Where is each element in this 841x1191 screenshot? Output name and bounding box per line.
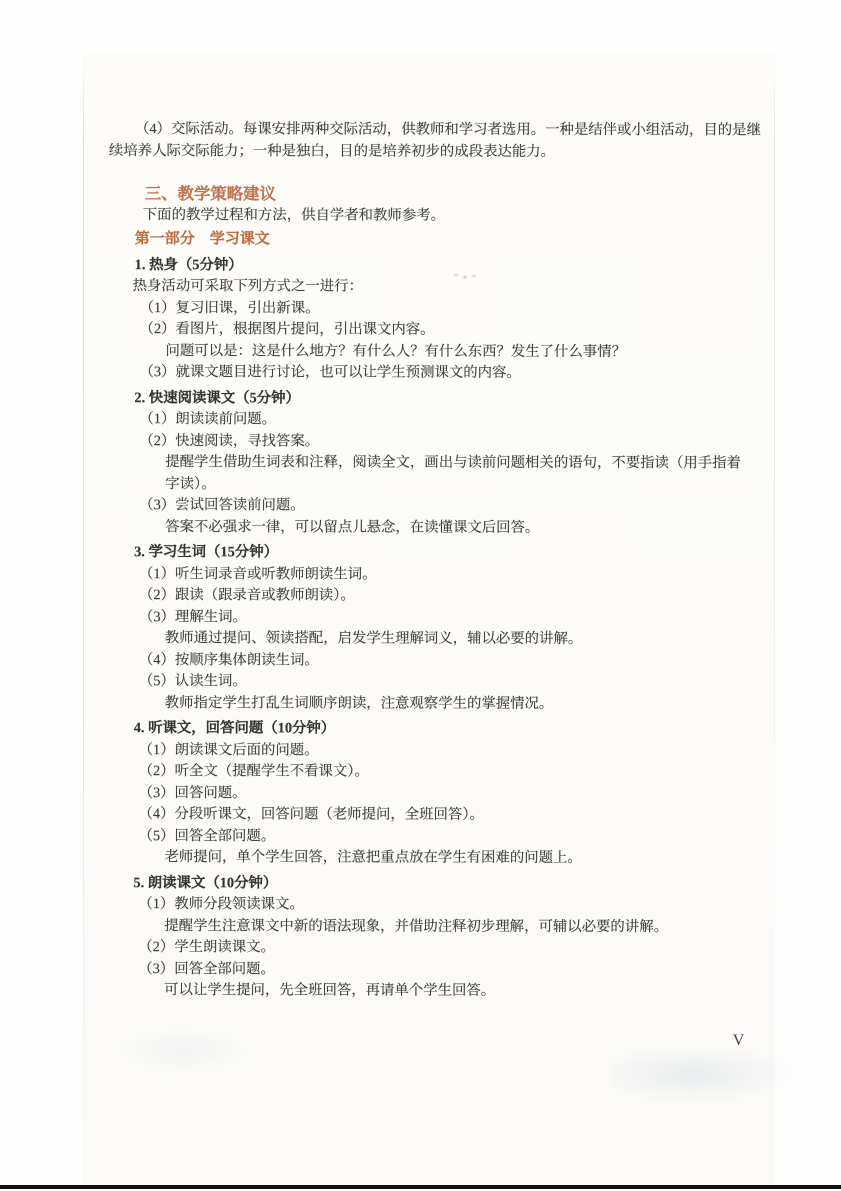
list-item: （2）听全文（提醒学生不看课文）。 bbox=[103, 761, 763, 784]
intro-line: 热身活动可采取下列方式之一进行： bbox=[104, 276, 764, 299]
paragraph-line: （4）交际活动。每课安排两种交际活动，供教师和学习者选用。一种是结伴或小组活动，… bbox=[104, 119, 764, 142]
list-item: （1）教师分段领读课文。 bbox=[102, 894, 762, 917]
list-item: （5）认读生词。 bbox=[103, 671, 763, 694]
page-edge-right bbox=[774, 58, 775, 958]
note-line: 字读）。 bbox=[103, 473, 763, 496]
scan-smudge bbox=[612, 1042, 792, 1100]
list-item: （2）学生朗读课文。 bbox=[102, 937, 762, 960]
note-line: 问题可以是：这是什么地方？有什么人？有什么东西？发生了什么事情？ bbox=[103, 340, 763, 363]
step-heading-5: 5. 朗读课文（10分钟） bbox=[102, 872, 762, 895]
list-item: （1）听生词录音或听教师朗读生词。 bbox=[103, 563, 763, 586]
step-heading-1: 1. 热身（5分钟） bbox=[104, 254, 764, 277]
note-line: 可以让学生提问，先全班回答，再请单个学生回答。 bbox=[102, 980, 762, 1003]
note-line: 答案不必强求一律，可以留点儿悬念，在读懂课文后回答。 bbox=[103, 516, 763, 539]
list-item: （2）跟读（跟录音或教师朗读）。 bbox=[103, 585, 763, 608]
page-edge-left bbox=[83, 55, 84, 1183]
paragraph-line: 续培养人际交际能力；一种是独白，目的是培养初步的成段表达能力。 bbox=[104, 140, 764, 163]
intro-line: 下面的教学过程和方法，供自学者和教师参考。 bbox=[104, 204, 764, 227]
list-item: （5）回答全部问题。 bbox=[102, 825, 762, 848]
note-line: 老师提问，单个学生回答，注意把重点放在学生有困难的问题上。 bbox=[102, 847, 762, 870]
list-item: （3）尝试回答读前问题。 bbox=[103, 495, 763, 518]
list-item: （4）分段听课文，回答问题（老师提问，全班回答）。 bbox=[103, 804, 763, 827]
part-heading: 第一部分 学习课文 bbox=[104, 229, 764, 252]
scan-bottom-edge bbox=[0, 1185, 841, 1189]
list-item: （2）快速阅读，寻找答案。 bbox=[103, 430, 763, 453]
list-item: （3）就课文题目进行讨论，也可以让学生预测课文的内容。 bbox=[103, 362, 763, 385]
step-heading-2: 2. 快速阅读课文（5分钟） bbox=[103, 387, 763, 410]
list-item: （3）理解生词。 bbox=[103, 606, 763, 629]
document-body: （4）交际活动。每课安排两种交际活动，供教师和学习者选用。一种是结伴或小组活动，… bbox=[102, 119, 764, 1003]
step-heading-3: 3. 学习生词（15分钟） bbox=[103, 542, 763, 565]
list-item: （1）复习旧课，引出新课。 bbox=[104, 297, 764, 320]
scan-smudge bbox=[118, 1025, 248, 1075]
note-line: 提醒学生注意课文中新的语法现象，并借助注释初步理解，可辅以必要的讲解。 bbox=[102, 915, 762, 938]
list-item: （1）朗读课文后面的问题。 bbox=[103, 739, 763, 762]
list-item: （2）看图片，根据图片提问，引出课文内容。 bbox=[104, 319, 764, 342]
list-item: （1）朗读读前问题。 bbox=[103, 409, 763, 432]
note-line: 教师指定学生打乱生词顺序朗读，注意观察学生的掌握情况。 bbox=[103, 692, 763, 715]
section-heading-three: 三、教学策略建议 bbox=[104, 183, 764, 206]
note-line: 提醒学生借助生词表和注释，阅读全文，画出与读前问题相关的语句，不要指读（用手指着 bbox=[103, 452, 763, 475]
list-item: （3）回答问题。 bbox=[103, 782, 763, 805]
note-line: 教师通过提问、领读搭配，启发学生理解词义，辅以必要的讲解。 bbox=[103, 628, 763, 651]
list-item: （4）按顺序集体朗读生词。 bbox=[103, 649, 763, 672]
scan-smudge bbox=[452, 272, 478, 281]
step-heading-4: 4. 听课文，回答问题（10分钟） bbox=[103, 718, 763, 741]
list-item: （3）回答全部问题。 bbox=[102, 958, 762, 981]
